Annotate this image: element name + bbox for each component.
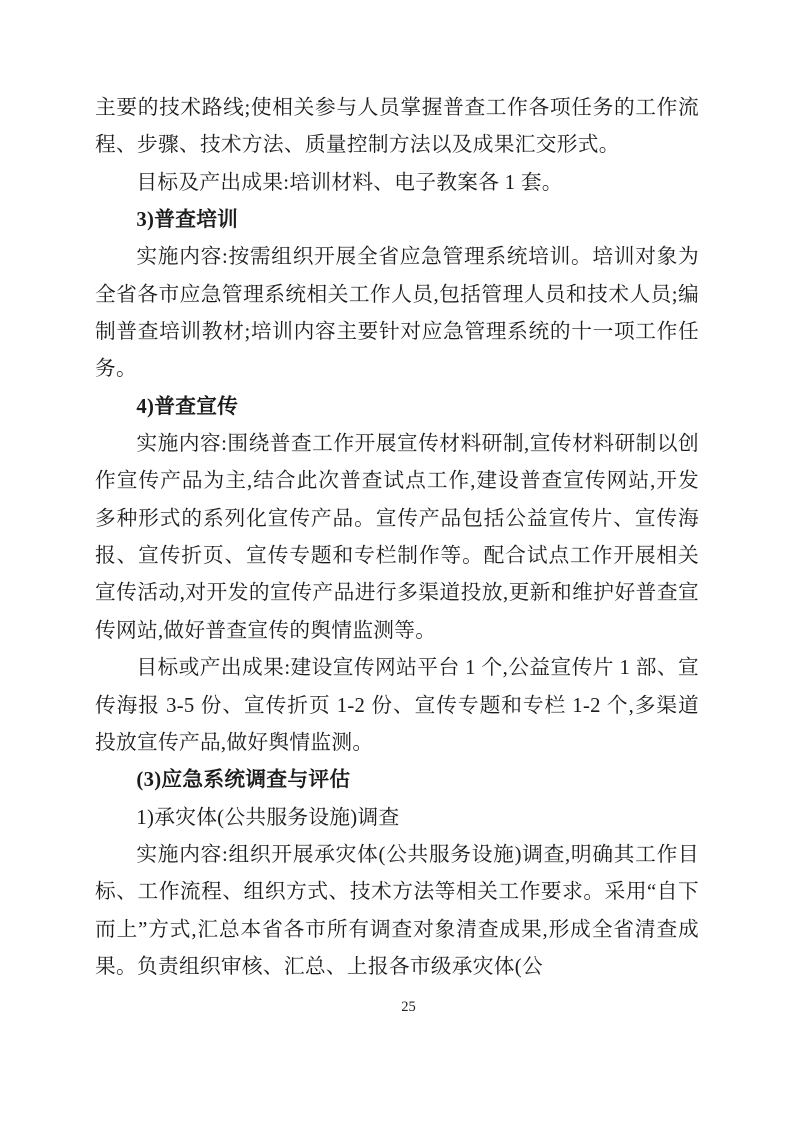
paragraph-survey-implementation: 实施内容:组织开展承灾体(公共服务设施)调查,明确其工作目标、工作流程、组织方式…: [95, 837, 699, 986]
section-heading-census-training: 3)普查培训: [95, 202, 699, 239]
document-page: 主要的技术路线;使相关参与人员掌握普查工作各项任务的工作流程、步骤、技术方法、质…: [0, 0, 793, 1122]
page-number: 25: [401, 999, 416, 1015]
paragraph-publicity-outputs: 目标或产出成果:建设宣传网站平台 1 个,公益宣传片 1 部、宣传海报 3-5 …: [95, 650, 699, 762]
paragraph-publicity-implementation: 实施内容:围绕普查工作开展宣传材料研制,宣传材料研制以创作宣传产品为主,结合此次…: [95, 426, 699, 650]
paragraph-training-outputs: 目标及产出成果:培训材料、电子教案各 1 套。: [95, 165, 699, 202]
subsection-heading-disaster-bearing-body-survey: 1)承灾体(公共服务设施)调查: [95, 800, 699, 837]
document-text-body: 主要的技术路线;使相关参与人员掌握普查工作各项任务的工作流程、步骤、技术方法、质…: [95, 90, 699, 986]
paragraph-technical-route-continuation: 主要的技术路线;使相关参与人员掌握普查工作各项任务的工作流程、步骤、技术方法、质…: [95, 90, 699, 165]
page-footer: 25: [12, 999, 793, 1015]
section-heading-census-publicity: 4)普查宣传: [95, 389, 699, 426]
paragraph-training-implementation: 实施内容:按需组织开展全省应急管理系统培训。培训对象为全省各市应急管理系统相关工…: [95, 239, 699, 388]
section-heading-emergency-system-survey: (3)应急系统调查与评估: [95, 762, 699, 799]
